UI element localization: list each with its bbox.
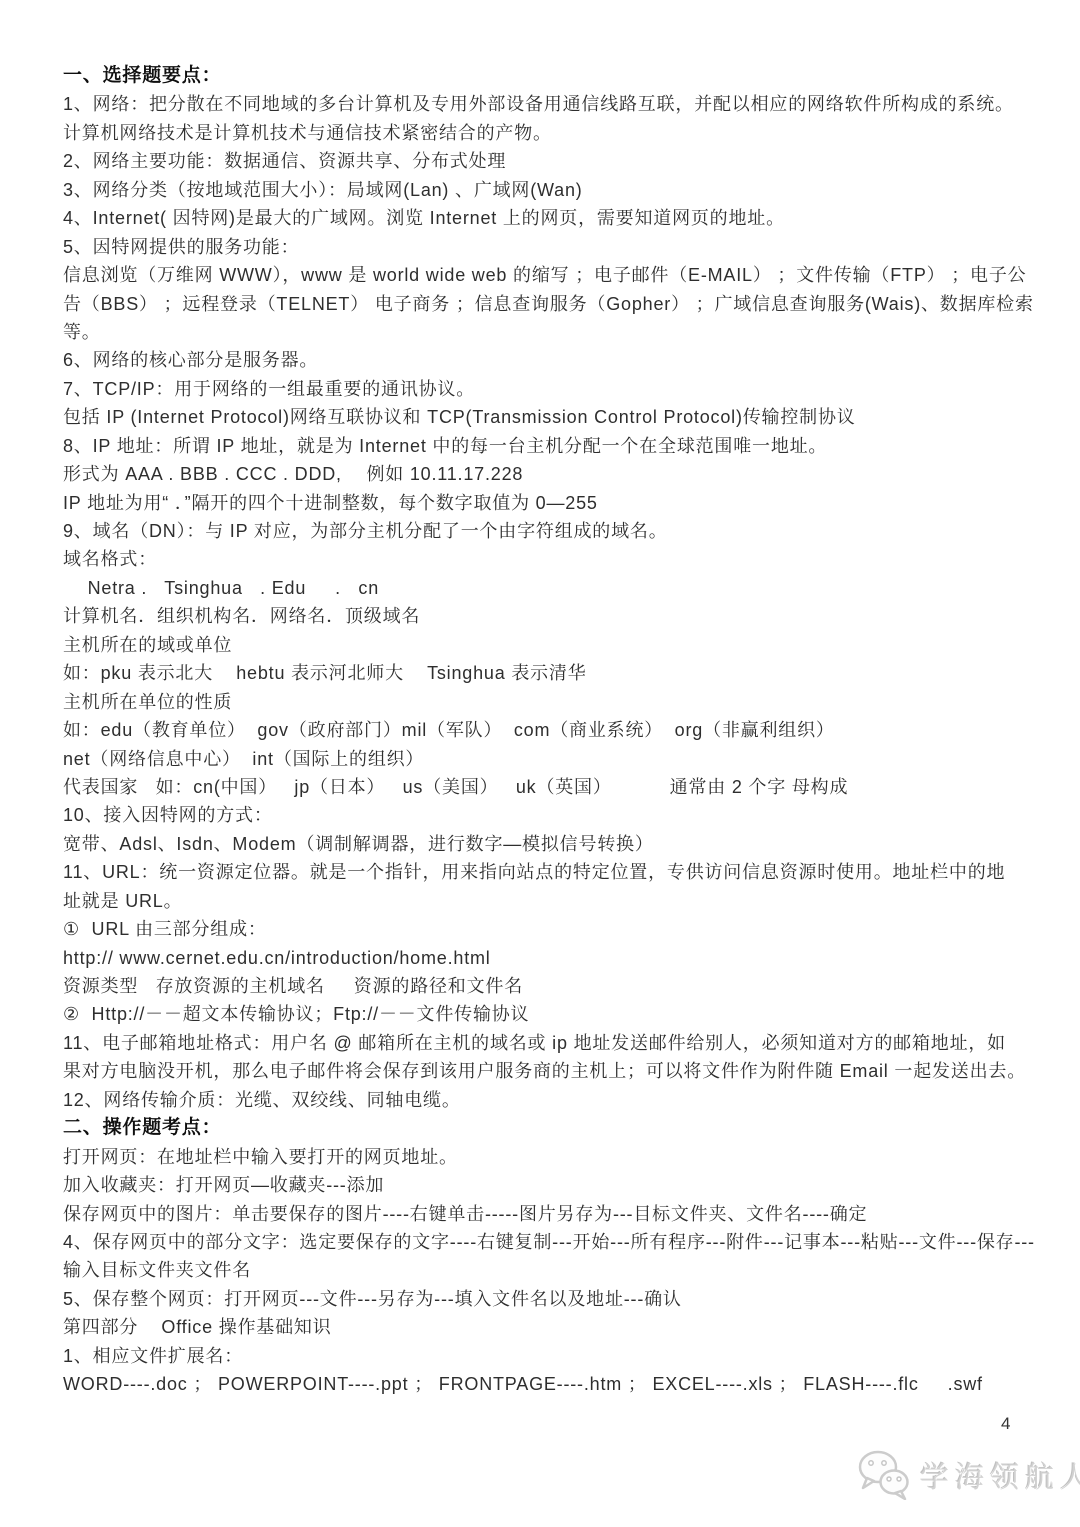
text-line: IP 地址为用“ ．”隔开的四个十进制整数，每个数字取值为 0—255 [63, 489, 1023, 517]
section-heading: 一、选择题要点： [63, 62, 1023, 90]
text-line: 11、电子邮箱地址格式：用户名 @ 邮箱所在主机的域名或 ip 地址发送邮件给别… [63, 1029, 1023, 1057]
watermark-text: 学海领航人 [920, 1455, 1080, 1496]
text-line: 3、网络分类（按地域范围大小）：局域网(Lan) 、广域网(Wan) [63, 176, 1023, 204]
text-line: 代表国家 如：cn(中国） jp（日本） us（美国） uk（英国） 通常由 2… [63, 773, 1023, 801]
text-line: Netra . Tsinghua . Edu . cn [63, 574, 1023, 602]
text-line: ① URL 由三部分组成： [63, 915, 1023, 943]
text-line: 2、网络主要功能：数据通信、资源共享、分布式处理 [63, 147, 1023, 175]
page-number: 4 [1001, 1414, 1010, 1434]
document-body: 一、选择题要点：1、网络：把分散在不同地域的多台计算机及专用外部设备用通信线路互… [63, 62, 1023, 1399]
text-line: 主机所在单位的性质 [63, 688, 1023, 716]
text-line: http:// www.cernet.edu.cn/introduction/h… [63, 944, 1023, 972]
text-line: 加入收藏夹：打开网页—收藏夹---添加 [63, 1171, 1023, 1199]
text-line: 等。 [63, 318, 1023, 346]
text-line: ② Http://－－超文本传输协议；Ftp://－－文件传输协议 [63, 1000, 1023, 1028]
text-line: 7、TCP/IP：用于网络的一组最重要的通讯协议。 [63, 375, 1023, 403]
text-line: 4、Internet( 因特网)是最大的广域网。浏览 Internet 上的网页… [63, 204, 1023, 232]
text-line: 5、保存整个网页：打开网页---文件---另存为---填入文件名以及地址---确… [63, 1285, 1023, 1313]
text-line: 宽带、Adsl、Isdn、Modem（调制解调器，进行数字—模拟信号转换） [63, 830, 1023, 858]
text-line: 如：edu（教育单位） gov（政府部门）mil（军队） com（商业系统） o… [63, 716, 1023, 744]
text-line: 9、域名（DN）：与 IP 对应，为部分主机分配了一个由字符组成的域名。 [63, 517, 1023, 545]
text-line: 形式为 AAA . BBB . CCC . DDD, 例如 10.11.17.2… [63, 460, 1023, 488]
text-line: 保存网页中的图片：单击要保存的图片----右键单击-----图片另存为---目标… [63, 1200, 1023, 1228]
text-line: 输入目标文件夹文件名 [63, 1256, 1023, 1284]
text-line: 包括 IP (Internet Protocol)网络互联协议和 TCP(Tra… [63, 403, 1023, 431]
wechat-bubbles-icon [858, 1450, 910, 1500]
text-line: 域名格式： [63, 545, 1023, 573]
text-line: 资源类型 存放资源的主机域名 资源的路径和文件名 [63, 972, 1023, 1000]
section-heading: 二、操作题考点： [63, 1114, 1023, 1142]
text-line: net（网络信息中心） int（国际上的组织） [63, 745, 1023, 773]
text-line: 如：pku 表示北大 hebtu 表示河北师大 Tsinghua 表示清华 [63, 659, 1023, 687]
text-line: 12、网络传输介质：光缆、双绞线、同轴电缆。 [63, 1086, 1023, 1114]
text-line: 果对方电脑没开机，那么电子邮件将会保存到该用户服务商的主机上；可以将文件作为附件… [63, 1057, 1023, 1085]
document-page: 一、选择题要点：1、网络：把分散在不同地域的多台计算机及专用外部设备用通信线路互… [0, 0, 1080, 1527]
text-line: 址就是 URL。 [63, 887, 1023, 915]
text-line: 主机所在的域或单位 [63, 631, 1023, 659]
text-line: 4、保存网页中的部分文字：选定要保存的文字----右键复制---开始---所有程… [63, 1228, 1023, 1256]
watermark: 学海领航人 [858, 1450, 1080, 1500]
text-line: WORD----.doc ； POWERPOINT----.ppt ； FRON… [63, 1370, 1023, 1398]
text-line: 8、IP 地址：所谓 IP 地址，就是为 Internet 中的每一台主机分配一… [63, 432, 1023, 460]
text-line: 11、URL：统一资源定位器。就是一个指针，用来指向站点的特定位置，专供访问信息… [63, 858, 1023, 886]
text-line: 计算机名．组织机构名．网络名．顶级域名 [63, 602, 1023, 630]
text-line: 信息浏览（万维网 WWW），www 是 world wide web 的缩写 ；… [63, 261, 1023, 289]
text-line: 10、接入因特网的方式： [63, 801, 1023, 829]
text-line: 计算机网络技术是计算机技术与通信技术紧密结合的产物。 [63, 119, 1023, 147]
text-line: 告（BBS） ；远程登录（TELNET） 电子商务 ；信息查询服务（Gopher… [63, 290, 1023, 318]
text-line: 6、网络的核心部分是服务器。 [63, 346, 1023, 374]
text-line: 1、网络：把分散在不同地域的多台计算机及专用外部设备用通信线路互联，并配以相应的… [63, 90, 1023, 118]
text-line: 第四部分 Office 操作基础知识 [63, 1313, 1023, 1341]
text-line: 打开网页：在地址栏中输入要打开的网页地址。 [63, 1143, 1023, 1171]
text-line: 5、因特网提供的服务功能： [63, 233, 1023, 261]
text-line: 1、相应文件扩展名： [63, 1342, 1023, 1370]
